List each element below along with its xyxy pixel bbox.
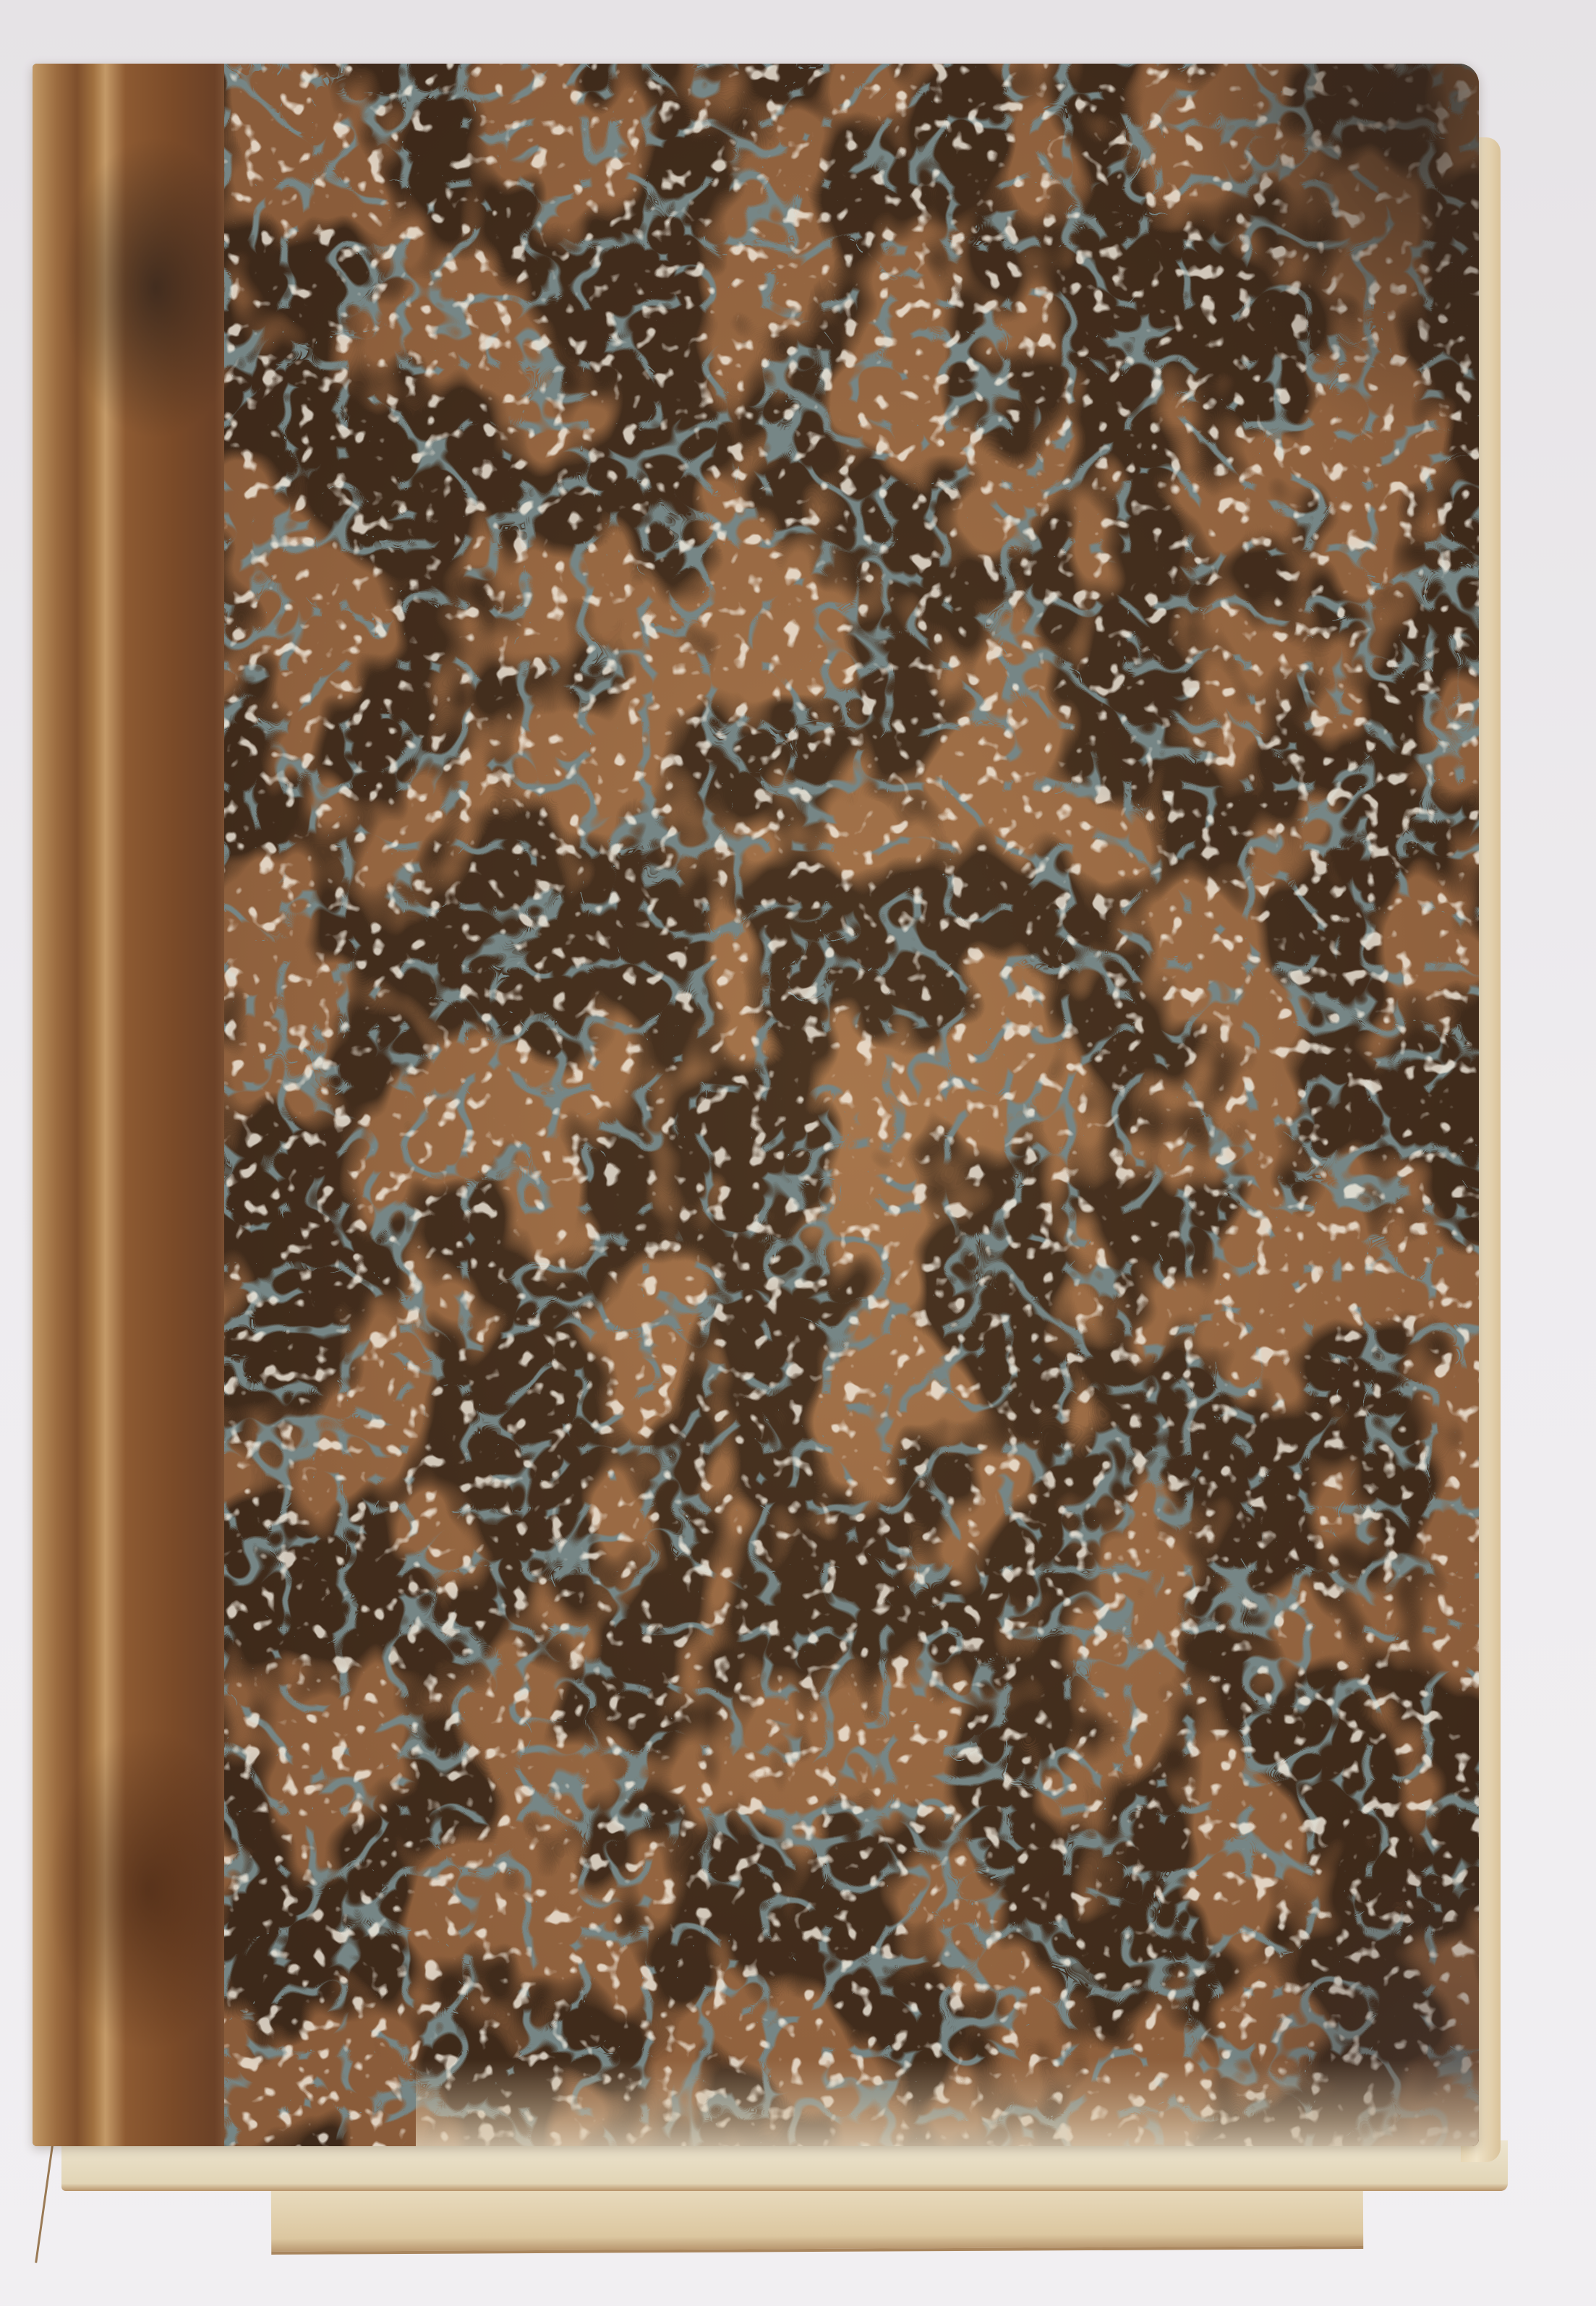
bottom-edge-wear — [416, 2059, 1479, 2146]
book — [33, 64, 1479, 2146]
binding-thread — [35, 2141, 54, 2263]
marbled-cover — [224, 64, 1479, 2146]
loose-sheet-bottom — [271, 2181, 1363, 2255]
photo-scene — [0, 0, 1596, 2306]
loose-sheet-middle — [61, 2140, 1508, 2191]
book-spine — [33, 64, 235, 2146]
spine-stain-top — [61, 136, 249, 440]
spine-stain-bottom — [47, 1727, 249, 2052]
corner-wear-top-right — [1175, 64, 1479, 440]
